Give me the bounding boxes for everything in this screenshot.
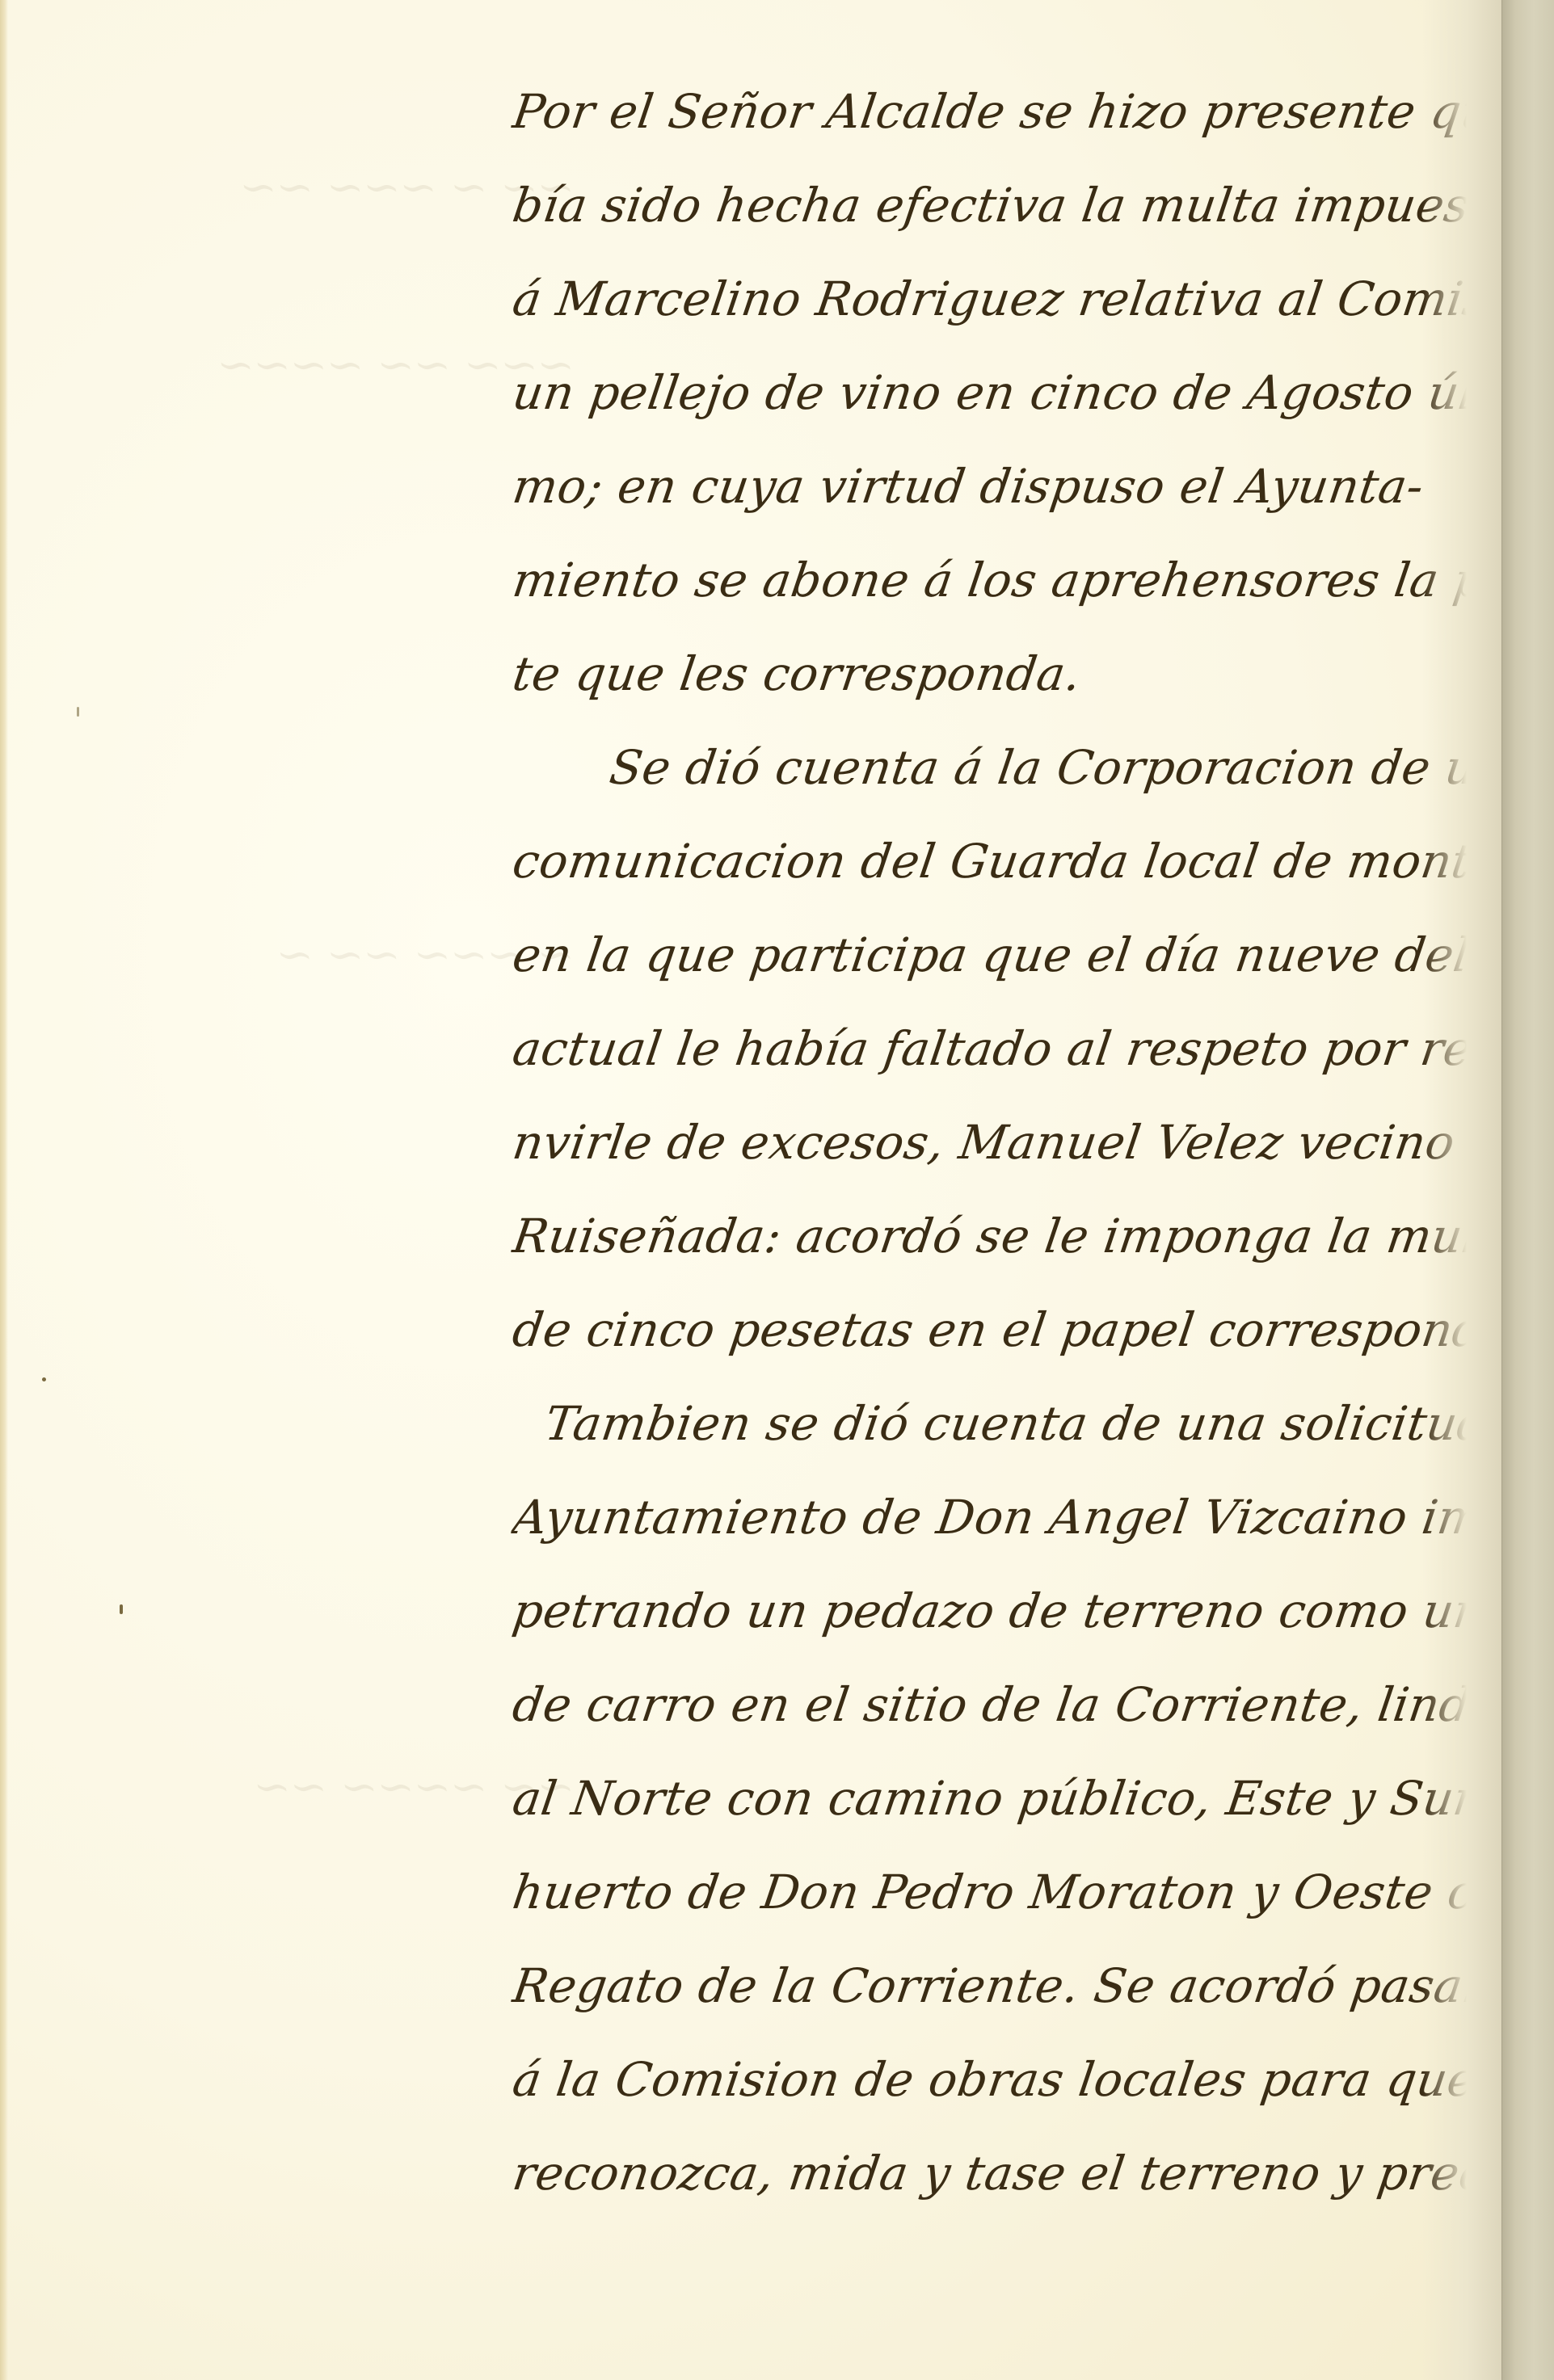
text-line: mo; en cuya virtud dispuso el Ayunta- bbox=[507, 439, 1522, 533]
ink-speck bbox=[42, 1377, 46, 1381]
text-line: Ruiseñada: acordó se le imponga la multa bbox=[507, 1189, 1522, 1283]
text-line: miento se abone á los aprehensores la pa… bbox=[507, 533, 1522, 627]
paragraph-solicitud-terreno: Tambien se dió cuenta de una solicitud a… bbox=[513, 1377, 1515, 2220]
text-line: reconozca, mida y tase el terreno y prec… bbox=[507, 2126, 1522, 2220]
bleed-through-text: ~~ ~~~~ ~~ bbox=[115, 1761, 580, 1812]
text-line: Se dió cuenta á la Corporacion de una bbox=[507, 721, 1522, 814]
ink-speck bbox=[77, 707, 79, 717]
handwritten-text: Por el Señor Alcalde se hizo presente qu… bbox=[513, 65, 1515, 2220]
text-line: de cinco pesetas en el papel correspondi… bbox=[507, 1283, 1522, 1377]
text-line: al Norte con camino público, Este y Sur bbox=[507, 1751, 1522, 1845]
text-line: actual le había faltado al respeto por r… bbox=[507, 1002, 1522, 1095]
text-line: petrando un pedazo de terreno como un cu… bbox=[507, 1564, 1522, 1658]
paragraph-alcalde-multa: Por el Señor Alcalde se hizo presente qu… bbox=[513, 65, 1515, 721]
text-line: bía sido hecha efectiva la multa impuest… bbox=[507, 158, 1522, 252]
ink-speck bbox=[120, 1604, 123, 1614]
book-gutter bbox=[1501, 0, 1554, 2380]
page-left-edge bbox=[0, 0, 8, 2380]
text-line: de carro en el sitio de la Corriente, li… bbox=[507, 1658, 1522, 1751]
text-line: comunicacion del Guarda local de montes bbox=[507, 814, 1522, 908]
text-line: en la que participa que el día nueve del bbox=[507, 908, 1522, 1002]
text-line: Ayuntamiento de Don Angel Vizcaino im- bbox=[507, 1470, 1522, 1564]
text-line: Regato de la Corriente. Se acordó pasarl… bbox=[507, 1939, 1522, 2033]
text-line: Por el Señor Alcalde se hizo presente qu… bbox=[507, 65, 1522, 158]
text-line: Tambien se dió cuenta de una solicitud a… bbox=[507, 1377, 1522, 1470]
text-line: á la Comision de obras locales para que bbox=[507, 2033, 1522, 2126]
text-line: huerto de Don Pedro Moraton y Oeste con bbox=[507, 1845, 1522, 1939]
text-line: un pellejo de vino en cinco de Agosto úl… bbox=[507, 346, 1522, 439]
binding-shadow bbox=[1422, 0, 1503, 2380]
bleed-through-text: ~~~ ~~ ~~~~ bbox=[115, 339, 580, 390]
text-line: nvirle de excesos, Manuel Velez vecino d… bbox=[507, 1095, 1522, 1189]
text-line: á Marcelino Rodriguez relativa al Comiso… bbox=[507, 252, 1522, 346]
bleed-through-text: ~~ ~ ~~~ ~~ bbox=[115, 162, 580, 212]
paragraph-guarda-montes: Se dió cuenta á la Corporacion de una co… bbox=[513, 721, 1515, 1377]
manuscript-page: ~~ ~ ~~~ ~~ ~~~ ~~ ~~~~ ~ ~~~ ~~ ~ ~~ ~~… bbox=[0, 0, 1554, 2380]
text-line: te que les corresponda. bbox=[507, 627, 1522, 721]
